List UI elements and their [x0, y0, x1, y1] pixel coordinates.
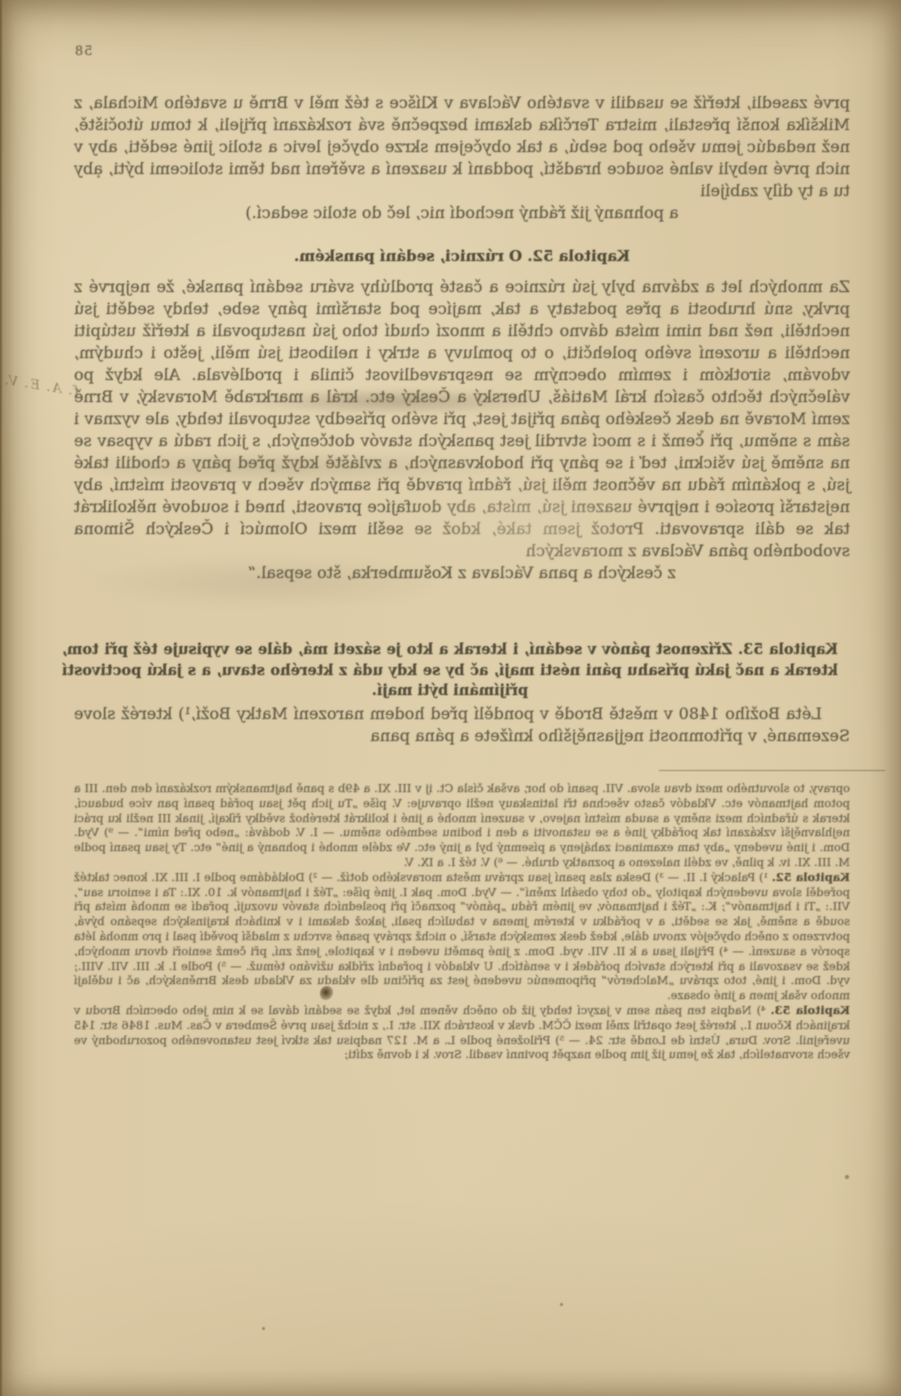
- chapter-53-heading: Kapitola 53. Zřízenost pánóv v sedání, i…: [50, 640, 850, 702]
- footnote-continuation-text: opravy, to slovutného mezi dvau slova. V…: [74, 781, 850, 869]
- scan-edge-shadow: [0, 0, 3, 1396]
- footnote-separator-rule: [659, 770, 885, 771]
- footnote-block-chapter-52: Kapitola 52. ¹) Palacký I. II. — ³) Desk…: [74, 870, 850, 1003]
- footnote-chapter-52-text: ¹) Palacký I. II. — ³) Deska zlas psaní …: [74, 870, 850, 1002]
- chapter-52-paragraph-text: Za mnohých let a zdávna byly jsú rúznice…: [74, 277, 850, 560]
- footnote-block-chapter-53: Kapitola 53. ⁴) Nadpis ten psán sem v ja…: [74, 1003, 850, 1062]
- chapter-52-paragraph: Za mnohých let a zdávna byly jsú rúznice…: [74, 276, 850, 584]
- footnote-chapter-52-lead: Kapitola 52.: [772, 870, 850, 884]
- paragraph-continuation-last-line: a pohnaný již řádný nechodí nic, leč do …: [74, 202, 850, 224]
- footnote-block-continuation: opravy, to slovutného mezi dvau slova. V…: [74, 781, 850, 870]
- mirrored-text-layer: 58 prvé zasedli, kteříž se usadili v sva…: [0, 0, 901, 1396]
- paragraph-continuation-text: prvé zasedli, kteříž se usadili v svatéh…: [74, 93, 850, 200]
- chapter-53-opening-paragraph: Léta Božího 1480 v městě Brodě v pondělí…: [74, 703, 850, 747]
- scanned-book-page: 58 prvé zasedli, kteříž se usadili v sva…: [0, 0, 901, 1396]
- chapter-52-paragraph-last-line: z českých a pana Václava z Košumberka, š…: [74, 562, 850, 584]
- chapter-52-heading: Kapitola 52. O rúznici, sedání panském.: [74, 247, 850, 265]
- handwritten-margin-note: f. A. E. V. 4,: [0, 371, 80, 399]
- footnote-chapter-53-text: ⁴) Nadpis ten psán sem v jazycí tehdy ji…: [74, 1003, 850, 1061]
- page-number: 58: [52, 44, 850, 59]
- paragraph-continuation: prvé zasedli, kteříž se usadili v svatéh…: [74, 92, 850, 224]
- footnotes-section: opravy, to slovutného mezi dvau slova. V…: [74, 781, 850, 1062]
- footnote-chapter-53-lead: Kapitola 53.: [771, 1003, 850, 1017]
